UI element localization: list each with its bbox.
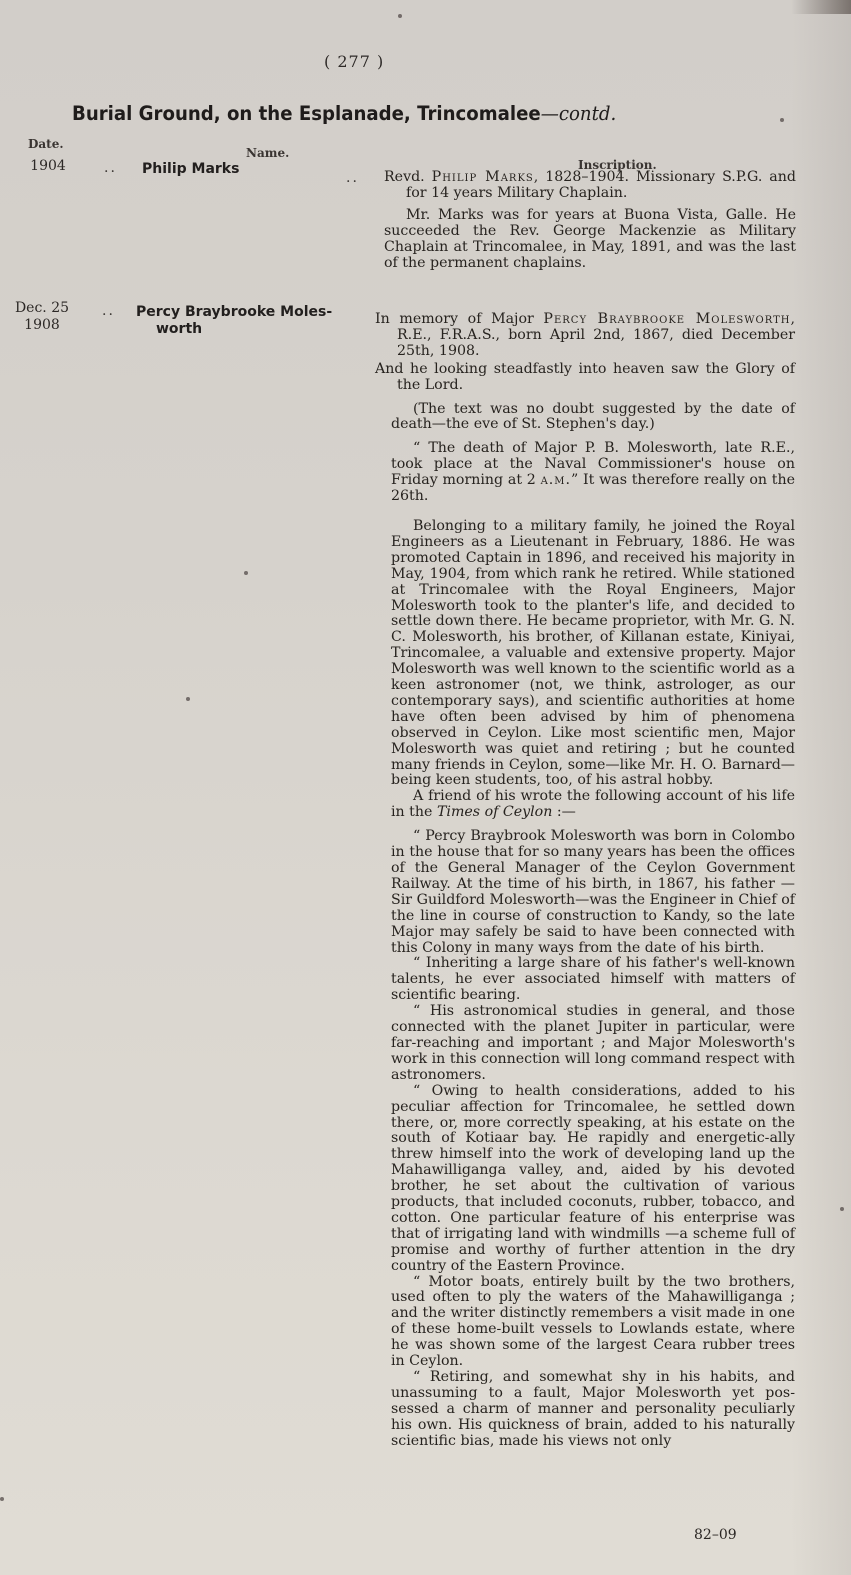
paper-speck bbox=[186, 697, 190, 701]
inscription-verse: And he looking steadfastly into heaven s… bbox=[375, 362, 795, 394]
entry-name: Philip Marks bbox=[142, 161, 372, 178]
section-title-text: Burial Ground, on the Esplanade, Trincom… bbox=[72, 102, 541, 125]
friend-account-intro: A friend of his wrote the following acco… bbox=[391, 789, 795, 821]
page-corner-shadow bbox=[791, 0, 851, 14]
document-page: ( 277 ) Burial Ground, on the Esplanade,… bbox=[0, 0, 851, 1575]
quoted-paragraph: “ Retiring, and somewhat shy in his habi… bbox=[391, 1370, 795, 1450]
dot-leader: .. bbox=[104, 160, 117, 176]
inscription: In memory of Major Percy Braybrooke Mole… bbox=[375, 312, 795, 1450]
column-header-name: Name. bbox=[246, 146, 289, 160]
inscription: Revd. Philip Marks, 1828–1904. Missionar… bbox=[384, 170, 796, 271]
entry-date: Dec. 25 1908 bbox=[12, 300, 72, 334]
entry-date-line: 1904 bbox=[18, 158, 78, 175]
commentary: (The text was no doubt suggested by the … bbox=[375, 402, 795, 1450]
page-edge-shadow bbox=[791, 0, 851, 1575]
section-title-suffix: —contd. bbox=[541, 102, 617, 125]
biography-paragraph: Belonging to a military family, he joine… bbox=[391, 519, 795, 789]
quoted-paragraph: “ Inheriting a large share of his father… bbox=[391, 956, 795, 1004]
quoted-paragraph: “ Percy Braybrook Molesworth was born in… bbox=[391, 829, 795, 956]
paper-speck bbox=[780, 118, 784, 122]
page-number: ( 277 ) bbox=[324, 52, 384, 71]
section-title: Burial Ground, on the Esplanade, Trincom… bbox=[72, 102, 616, 125]
commentary-quote: “ The death of Major P. B. Molesworth, l… bbox=[391, 441, 795, 505]
paper-speck bbox=[244, 571, 248, 575]
entry-name: Percy Braybrooke Moles- worth bbox=[136, 304, 351, 338]
quoted-paragraph: “ Motor boats, entirely built by the two… bbox=[391, 1275, 795, 1370]
quoted-paragraph: “ Owing to health considerations, added … bbox=[391, 1084, 795, 1275]
entry-date-line: Dec. 25 bbox=[12, 300, 72, 317]
paper-speck bbox=[840, 1207, 844, 1211]
signature-code: 82–09 bbox=[694, 1527, 737, 1543]
dot-leader: .. bbox=[102, 303, 115, 319]
paper-speck bbox=[0, 1497, 4, 1501]
paper-speck bbox=[398, 14, 402, 18]
quoted-paragraph: “ His astronomical studies in general, a… bbox=[391, 1004, 795, 1084]
dot-leader: .. bbox=[346, 170, 359, 186]
inscription-lead: In memory of Major Percy Braybrooke Mole… bbox=[375, 312, 795, 360]
commentary-note: (The text was no doubt suggested by the … bbox=[391, 402, 795, 434]
inscription-lead: Revd. Philip Marks, 1828–1904. Missionar… bbox=[384, 170, 796, 202]
column-header-date: Date. bbox=[28, 137, 64, 151]
entry-date: 1904 bbox=[18, 158, 78, 175]
entry-date-line: 1908 bbox=[12, 317, 72, 334]
inscription-paragraph: Mr. Marks was for years at Buona Vista, … bbox=[384, 208, 796, 272]
